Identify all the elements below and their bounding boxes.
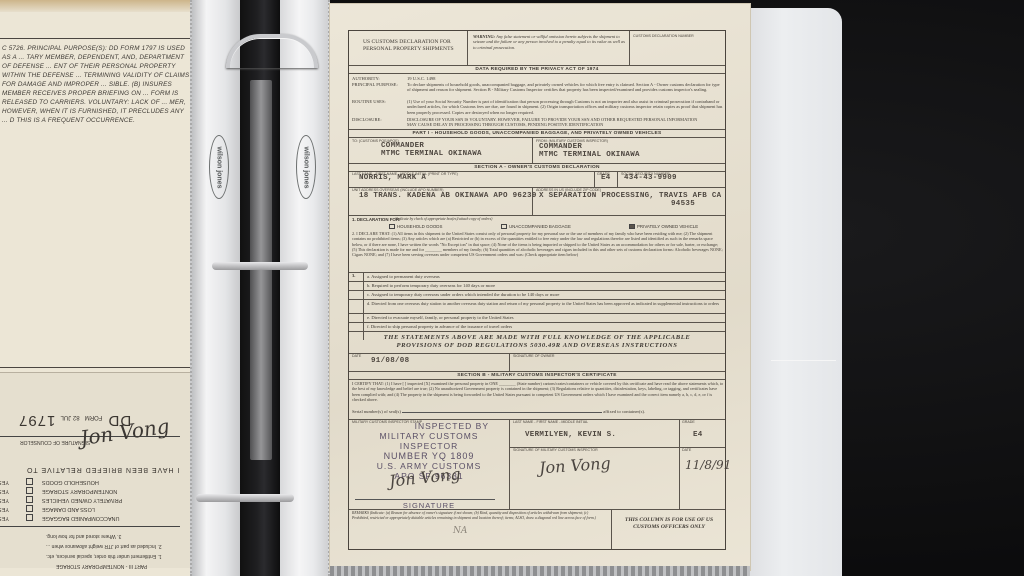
divider: [349, 371, 725, 372]
divider: [349, 281, 725, 282]
binder-right-cover: [742, 8, 842, 576]
divider: [349, 313, 725, 314]
section-b-header: SECTION B - MILITARY CUSTOMS INSPECTOR'S…: [349, 373, 725, 379]
nts-item: 3. Where stored and for how long.: [46, 533, 121, 539]
declaration-for-label: 1. DECLARATION FOR:: [352, 217, 400, 223]
inspector-date-handwritten: 11/8/91: [685, 463, 731, 469]
divider: [349, 215, 725, 216]
divider: [679, 419, 680, 509]
customs-officers-only-note: THIS COLUMN IS FOR USE OF USCUSTOMS OFFI…: [619, 517, 719, 531]
owner-signature-label: SIGNATURE OF OWNER: [513, 354, 554, 360]
orders-item-b[interactable]: b. Required to perform temporary duty ov…: [367, 283, 495, 289]
divider: [617, 171, 618, 187]
orders-item-f[interactable]: f. Directed to ship personal property in…: [367, 324, 512, 330]
routine-uses-label: ROUTINE USES:: [352, 99, 386, 105]
orders-item-a[interactable]: a. Assigned to permanent duty overseas: [367, 274, 440, 280]
wilson-jones-logo: wilson jones: [296, 135, 316, 199]
checkbox-unaccompanied-baggage[interactable]: UNACCOMPANIED BAGGAGE: [501, 224, 571, 230]
divider: [349, 129, 725, 130]
us-address-field[interactable]: X SEPARATION PROCESSING, TRAVIS AFB CA: [539, 194, 721, 200]
form-date: 82 JUL: [61, 414, 80, 420]
yes-label: YES: [0, 497, 9, 503]
divider: [349, 299, 725, 300]
routine-uses-text: (1) Use of your Social Security Number i…: [407, 99, 723, 115]
briefing-checkbox[interactable]: [26, 496, 33, 503]
divider: [467, 31, 468, 65]
briefing-checkbox[interactable]: [26, 505, 33, 512]
briefing-item: NONTEMPORARY STORAGE: [42, 488, 117, 494]
divider: [349, 331, 725, 332]
unit-address-field[interactable]: 18 TRANS. KADENA AB OKINAWA APO 96239: [359, 194, 537, 200]
inspector-grade-label: GRADE: [682, 420, 695, 426]
item-3-label: 3.: [352, 273, 355, 279]
from-line-2: MTMC TERMINAL OKINAWA: [539, 153, 640, 159]
inspector-signature-label: SIGNATURE OF MILITARY CUSTOMS INSPECTOR: [513, 448, 598, 454]
inspector-date-label: DATE: [682, 448, 691, 454]
form-title: US CUSTOMS DECLARATION FORPERSONAL PROPE…: [363, 39, 454, 53]
divider: [509, 419, 510, 509]
yes-label: YES: [0, 479, 9, 485]
briefed-label: I HAVE BEEN BRIEFED RELATIVE TO: [26, 466, 179, 473]
briefing-item: HOUSEHOLD GOODS: [42, 479, 99, 485]
declaration-statement: 2. I DECLARE THAT: (1) All items in this…: [352, 231, 724, 257]
us-address-zip[interactable]: 94535: [671, 202, 695, 208]
left-binder-page: C 5726. PRINCIPAL PURPOSE(S): DD FORM 17…: [0, 0, 205, 576]
form-label: FORM: [85, 414, 103, 420]
aged-paper-edge: [0, 0, 205, 12]
briefing-item: PRIVATELY OWNED VEHICLES: [42, 497, 122, 503]
nts-item: 2. Included as part of JTR weight allowa…: [46, 543, 162, 549]
declaration-number-label: CUSTOMS DECLARATION NUMBER: [633, 34, 694, 40]
date-label: DATE: [352, 354, 361, 360]
privacy-act-header: DATA REQUIRED BY THE PRIVACY ACT OF 1974: [349, 67, 725, 73]
binder-ring-middle[interactable]: [212, 262, 308, 270]
nts-item: 1. Entitlement under this order, special…: [46, 553, 162, 559]
sheet-protector-bottom-edge: [330, 566, 750, 576]
divider: [532, 137, 533, 163]
divider: [349, 137, 725, 138]
briefing-item: UNACCOMPANIED BAGGAGE: [42, 515, 120, 521]
purpose-text: To declare shipments of household goods,…: [407, 82, 723, 93]
authority-label: AUTHORITY:: [352, 76, 380, 82]
checkbox-icon: [501, 224, 507, 229]
orders-item-c[interactable]: c. Assigned to temporary duty overseas u…: [367, 292, 559, 298]
divider: [349, 73, 725, 74]
divider: [611, 509, 612, 549]
stamp-signature: Jon Vong: [389, 471, 461, 484]
part-iii-label: PART III - NONTEMPORARY STORAGE: [56, 563, 147, 569]
from-line-1: COMMANDER: [539, 145, 582, 151]
sheet-protector-right-edge: wilson jones: [280, 0, 330, 576]
checked-checkbox-icon: [629, 224, 635, 229]
inspector-name-label: LAST NAME - FIRST NAME - MIDDLE INITIAL: [513, 420, 588, 426]
declaration-for-hint: (Indicate by check of appropriate box(es…: [395, 217, 492, 223]
divider: [0, 526, 180, 527]
purpose-label: PRINCIPAL PURPOSE:: [352, 82, 398, 88]
cover-pocket-seam: [771, 360, 836, 361]
remarks-handwritten-mark: NA: [453, 529, 467, 535]
briefing-checkbox[interactable]: [26, 478, 33, 485]
section-a-header: SECTION A - OWNER'S CUSTOMS DECLARATION: [349, 165, 725, 171]
divider: [349, 379, 725, 380]
orders-item-e[interactable]: e. Directed to evacuate myself, family, …: [367, 315, 514, 321]
to-line-2: MTMC TERMINAL OKINAWA: [381, 152, 482, 158]
binder-spine: [240, 0, 280, 576]
ssn-field[interactable]: 434-43-9909: [624, 176, 677, 182]
orders-item-d[interactable]: d. Directed from one overseas duty stati…: [367, 301, 723, 306]
statement-line-1: THE STATEMENTS ABOVE ARE MADE WITH FULL …: [349, 335, 725, 341]
divider: [349, 65, 725, 66]
divider: [349, 290, 725, 291]
statement-line-2: PROVISIONS OF DOD REGULATIONS 5030.49R A…: [349, 343, 725, 349]
form-number: 1797: [18, 412, 55, 429]
wilson-jones-logo: wilson jones: [209, 135, 229, 199]
signature-line: [355, 499, 495, 500]
privacy-statement-text: C 5726. PRINCIPAL PURPOSE(S): DD FORM 17…: [2, 44, 190, 125]
customs-declaration-form: US CUSTOMS DECLARATION FORPERSONAL PROPE…: [348, 30, 726, 550]
briefing-checkbox[interactable]: [26, 487, 33, 494]
briefing-checkbox[interactable]: [26, 514, 33, 521]
divider: [349, 509, 725, 510]
checkbox-privately-owned-vehicle[interactable]: PRIVATELY OWNED VEHICLE: [629, 224, 698, 230]
divider: [629, 31, 630, 65]
owner-grade-field[interactable]: E4: [601, 176, 611, 182]
checkbox-icon: [389, 224, 395, 229]
disclosure-label: DISCLOSURE:: [352, 117, 382, 123]
remarks-field[interactable]: REMARKS (Indicate: (a) Reason for absenc…: [352, 511, 604, 520]
divider: [349, 322, 725, 323]
disclosure-text: DISCLOSURE OF YOUR SSN IS VOLUNTARY. HOW…: [407, 117, 707, 128]
seal-line[interactable]: Serial number(s) of seal(s) affixed to c…: [352, 409, 645, 415]
dd-form-1797-flipped: DD FORM 82 JUL 1797 SIGNATURE OF COUNSEL…: [0, 372, 190, 568]
owner-name-field[interactable]: NORRIS, MARK A: [359, 176, 426, 182]
owner-date-field[interactable]: 91/08/08: [371, 359, 409, 365]
inspector-grade-field[interactable]: E4: [693, 433, 703, 439]
authority-value: 19 U.S.C. 1498: [407, 76, 435, 82]
checkbox-household-goods[interactable]: HOUSEHOLD GOODS: [389, 224, 442, 230]
part1-header: PART I - HOUSEHOLD GOODS, UNACCOMPANIED …: [349, 131, 725, 137]
yes-label: YES: [0, 506, 9, 512]
divider: [349, 163, 725, 164]
briefing-item: LOSS AND DAMAGE: [42, 506, 95, 512]
ring-mechanism-plate: [250, 80, 272, 460]
yes-label: YES: [0, 488, 9, 494]
divider: [594, 171, 595, 187]
certification-statement: I CERTIFY THAT: (1) I have [ ] inspected…: [352, 381, 724, 402]
inspector-name-field[interactable]: VERMILYEN, KEVIN S.: [525, 433, 616, 439]
divider: [363, 272, 364, 340]
yes-label: YES: [0, 515, 9, 521]
sheet-protector-left-edge: wilson jones: [190, 0, 240, 576]
binder-ring-bottom[interactable]: [196, 494, 294, 502]
customs-declaration-document: US CUSTOMS DECLARATION FORPERSONAL PROPE…: [330, 4, 750, 570]
to-line-1: COMMANDER: [381, 144, 424, 150]
warning-text: WARNING: Any false statement or willful …: [473, 34, 625, 50]
divider: [509, 353, 510, 371]
inspector-signature: Jon Vong: [539, 461, 611, 471]
divider: [349, 272, 725, 273]
